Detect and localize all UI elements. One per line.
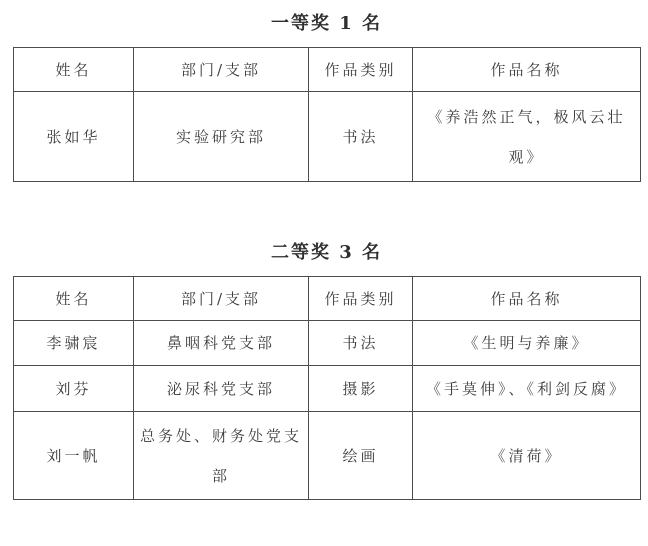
- cell-department: 实验研究部: [134, 92, 309, 182]
- cell-name: 刘一帆: [14, 412, 134, 500]
- cell-work-title: 《养浩然正气，极风云壮观》: [413, 92, 641, 182]
- table-row: 李骕宸 鼻咽科党支部 书法 《生明与养廉》: [14, 321, 641, 366]
- col-header-department: 部门/支部: [134, 277, 309, 321]
- cell-department: 鼻咽科党支部: [134, 321, 309, 366]
- cell-category: 摄影: [309, 366, 413, 412]
- cell-name: 刘芬: [14, 366, 134, 412]
- first-prize-header-row: 姓名 部门/支部 作品类别 作品名称: [14, 48, 641, 92]
- col-header-name: 姓名: [14, 277, 134, 321]
- second-prize-header-row: 姓名 部门/支部 作品类别 作品名称: [14, 277, 641, 321]
- col-header-work-title: 作品名称: [413, 277, 641, 321]
- first-prize-table: 姓名 部门/支部 作品类别 作品名称 张如华 实验研究部 书法 《养浩然正气，极…: [13, 47, 641, 182]
- table-row: 刘芬 泌尿科党支部 摄影 《手莫伸》、《利剑反腐》: [14, 366, 641, 412]
- second-prize-table: 姓名 部门/支部 作品类别 作品名称 李骕宸 鼻咽科党支部 书法 《生明与养廉》…: [13, 276, 641, 500]
- second-prize-title: 二等奖 3 名: [13, 182, 640, 267]
- table-row: 张如华 实验研究部 书法 《养浩然正气，极风云壮观》: [14, 92, 641, 182]
- cell-category: 绘画: [309, 412, 413, 500]
- cell-category: 书法: [309, 92, 413, 182]
- col-header-category: 作品类别: [309, 48, 413, 92]
- cell-department: 总务处、财务处党支部: [134, 412, 309, 500]
- table-row: 刘一帆 总务处、财务处党支部 绘画 《清荷》: [14, 412, 641, 500]
- cell-work-title: 《生明与养廉》: [413, 321, 641, 366]
- col-header-name: 姓名: [14, 48, 134, 92]
- col-header-work-title: 作品名称: [413, 48, 641, 92]
- cell-name: 张如华: [14, 92, 134, 182]
- cell-name: 李骕宸: [14, 321, 134, 366]
- cell-work-title: 《手莫伸》、《利剑反腐》: [413, 366, 641, 412]
- cell-department: 泌尿科党支部: [134, 366, 309, 412]
- col-header-category: 作品类别: [309, 277, 413, 321]
- cell-work-title: 《清荷》: [413, 412, 641, 500]
- first-prize-title: 一等奖 1 名: [13, 0, 640, 38]
- col-header-department: 部门/支部: [134, 48, 309, 92]
- document-page: 一等奖 1 名 姓名 部门/支部 作品类别 作品名称 张如华 实验研究部 书法 …: [0, 0, 648, 546]
- cell-category: 书法: [309, 321, 413, 366]
